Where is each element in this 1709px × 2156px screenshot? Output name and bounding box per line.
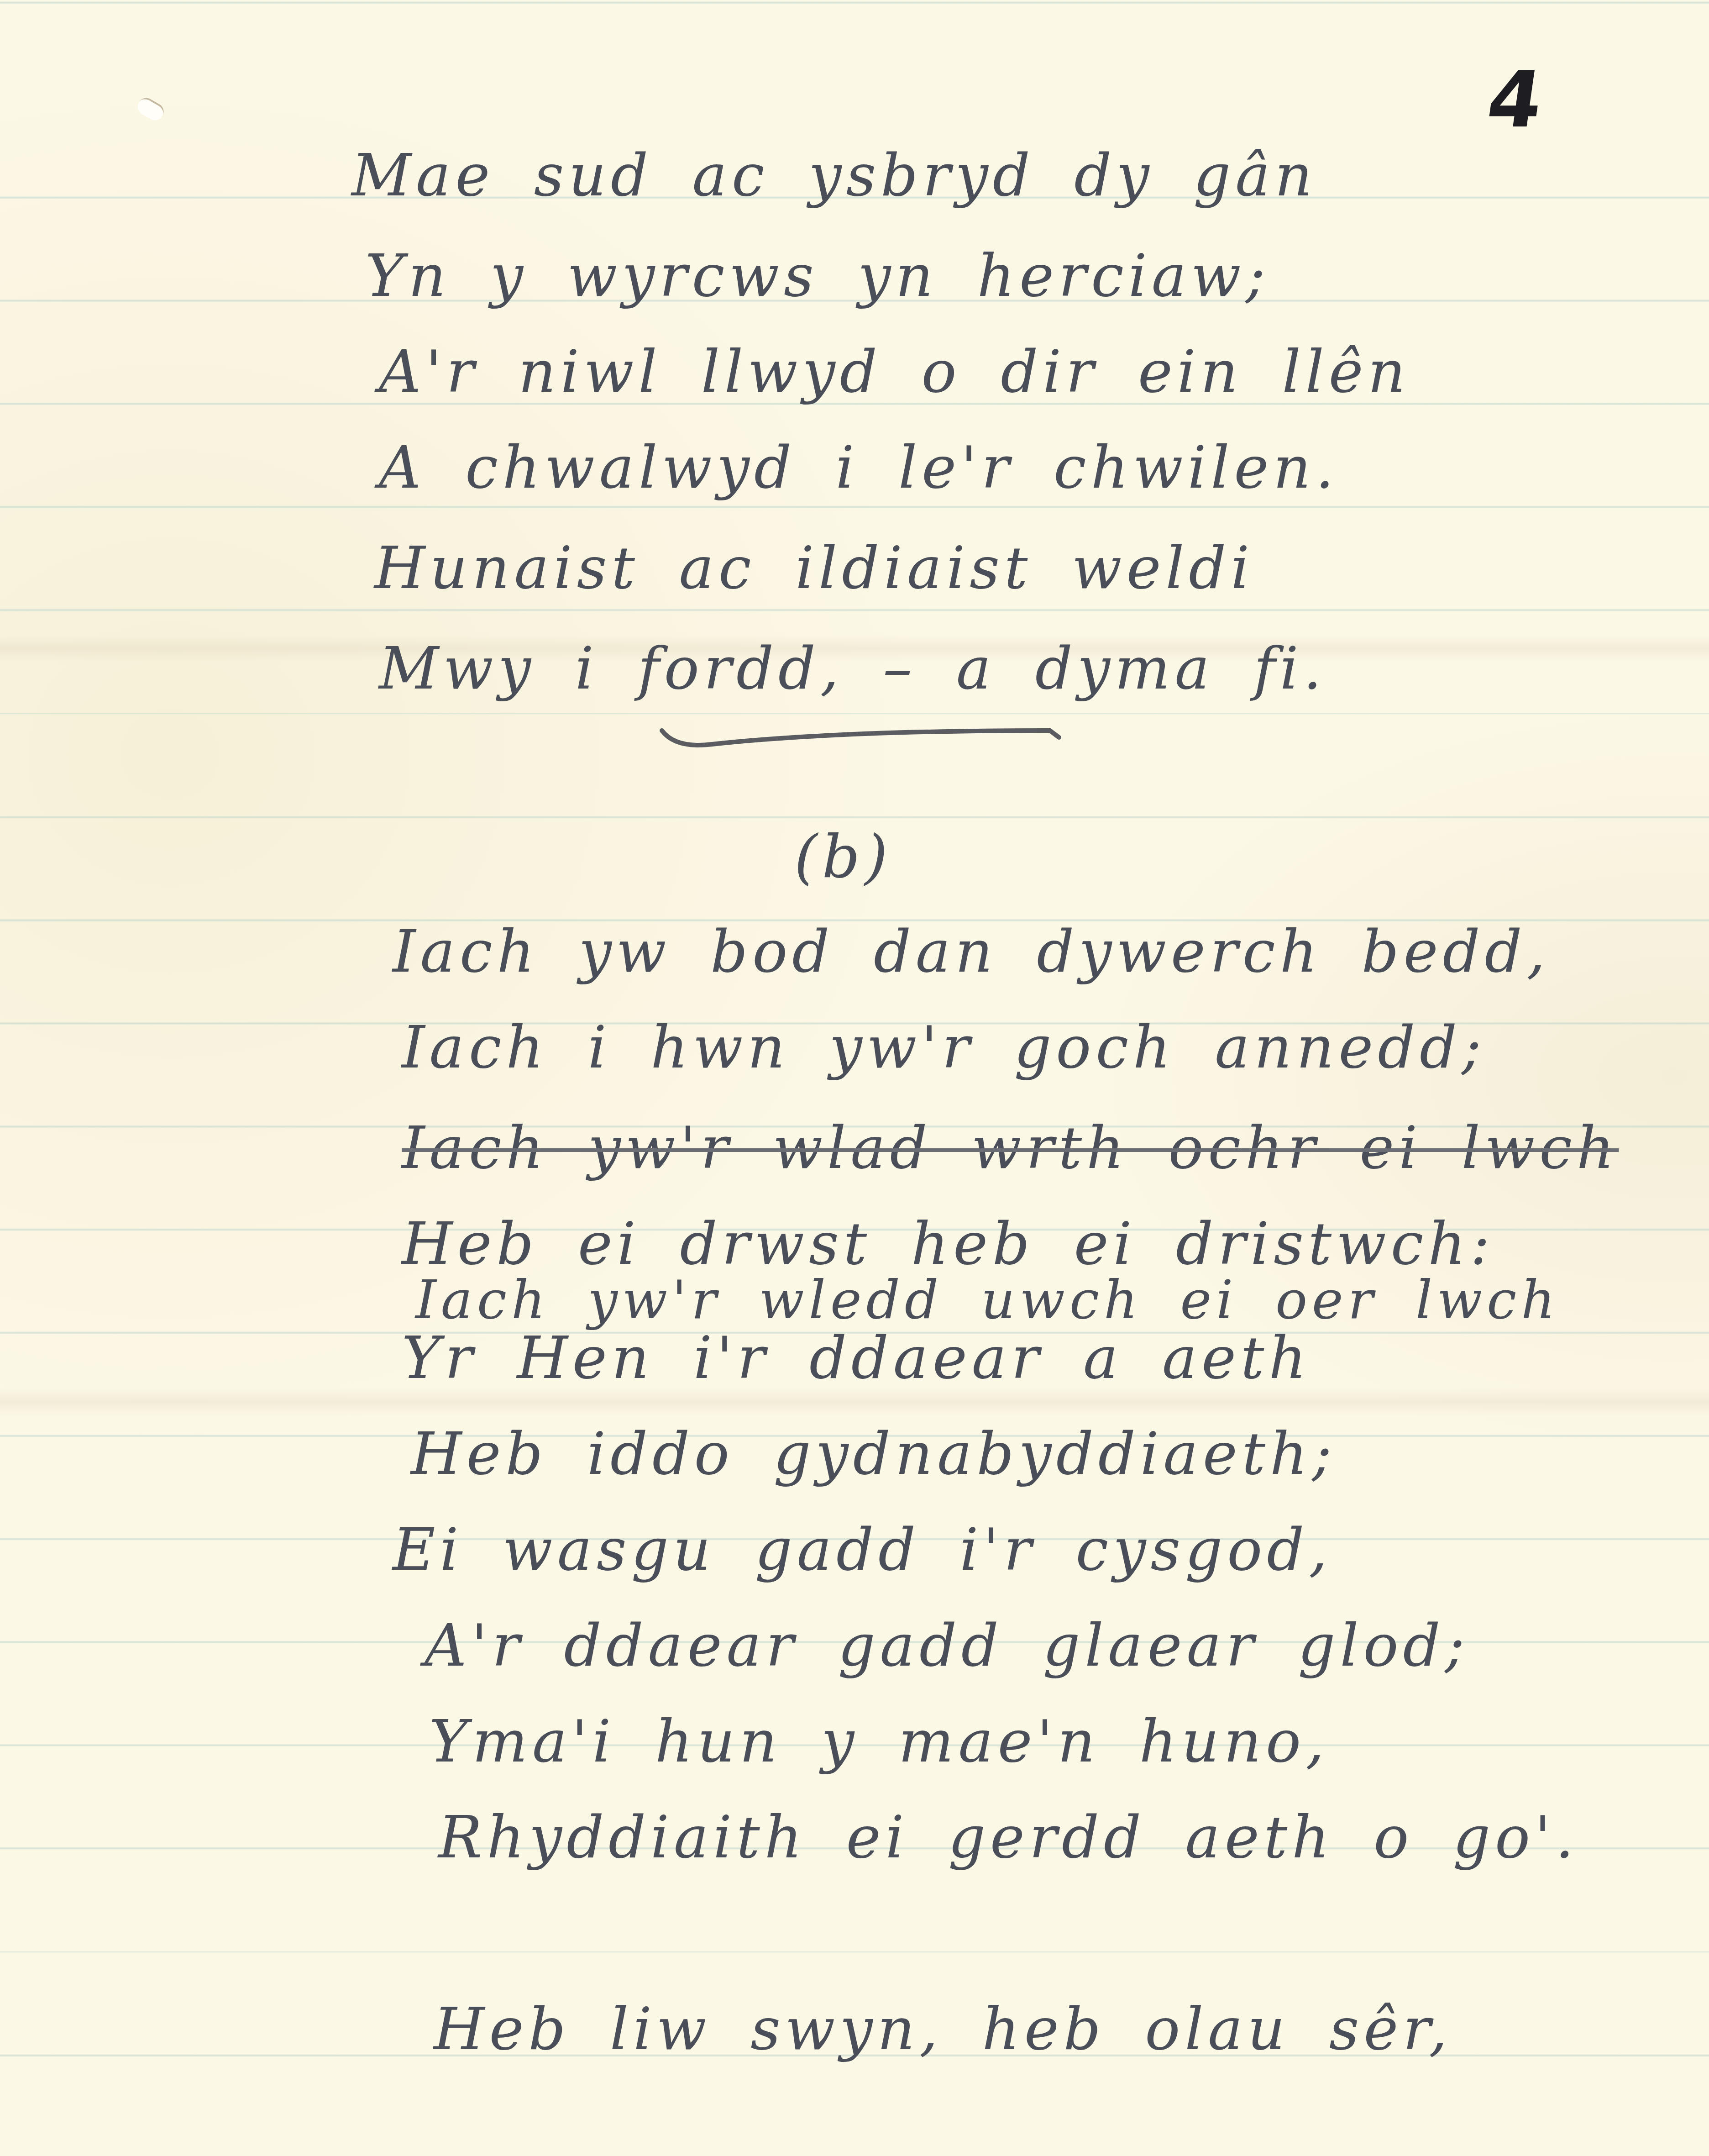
paper-crease xyxy=(0,1388,1709,1415)
verse-line: Yr Hen i'r ddaear a aeth xyxy=(402,1324,1311,1392)
verse-line: A'r ddaear gadd glaear glod; xyxy=(425,1612,1469,1680)
verse-line: Heb iddo gydnabyddiaeth; xyxy=(411,1420,1337,1488)
page-number: 4 xyxy=(1482,55,1548,145)
verse-line: Heb ei drwst heb ei dristwch: xyxy=(402,1210,1494,1278)
verse-line: Iach yw bod dan dywerch bedd, xyxy=(393,918,1550,986)
section-divider-flourish xyxy=(657,726,1068,753)
verse-line: Ei wasgu gadd i'r cysgod, xyxy=(393,1516,1332,1584)
struck-verse-line: Iach yw'r wlad wrth ochr ei lwch xyxy=(402,1114,1619,1182)
section-heading: (b) xyxy=(794,822,892,891)
verse-line: A chwalwyd i le'r chwilen. xyxy=(379,434,1338,502)
inserted-verse-line: Iach yw'r wledd uwch ei oer lwch xyxy=(415,1269,1560,1331)
verse-line: A'r niwl llwyd o dir ein llên xyxy=(379,338,1410,406)
punch-hole xyxy=(135,95,167,124)
verse-line: Heb liw swyn, heb olau sêr, xyxy=(434,1995,1452,2063)
verse-line: Yma'i hun y mae'n huno, xyxy=(429,1708,1329,1776)
verse-line: Mae sud ac ysbryd dy gân xyxy=(351,142,1317,210)
verse-line: Hunaist ac ildiaist weldi xyxy=(374,534,1254,602)
verse-line: Rhyddiaith ei gerdd aeth o go'. xyxy=(438,1804,1578,1872)
manuscript-page: 4 Mae sud ac ysbryd dy gân Yn y wyrcws y… xyxy=(0,0,1709,2156)
verse-line: Yn y wyrcws yn herciaw; xyxy=(365,242,1270,310)
verse-line: Iach i hwn yw'r goch annedd; xyxy=(402,1014,1486,1082)
verse-line: Mwy i fordd, – a dyma fi. xyxy=(379,635,1326,703)
